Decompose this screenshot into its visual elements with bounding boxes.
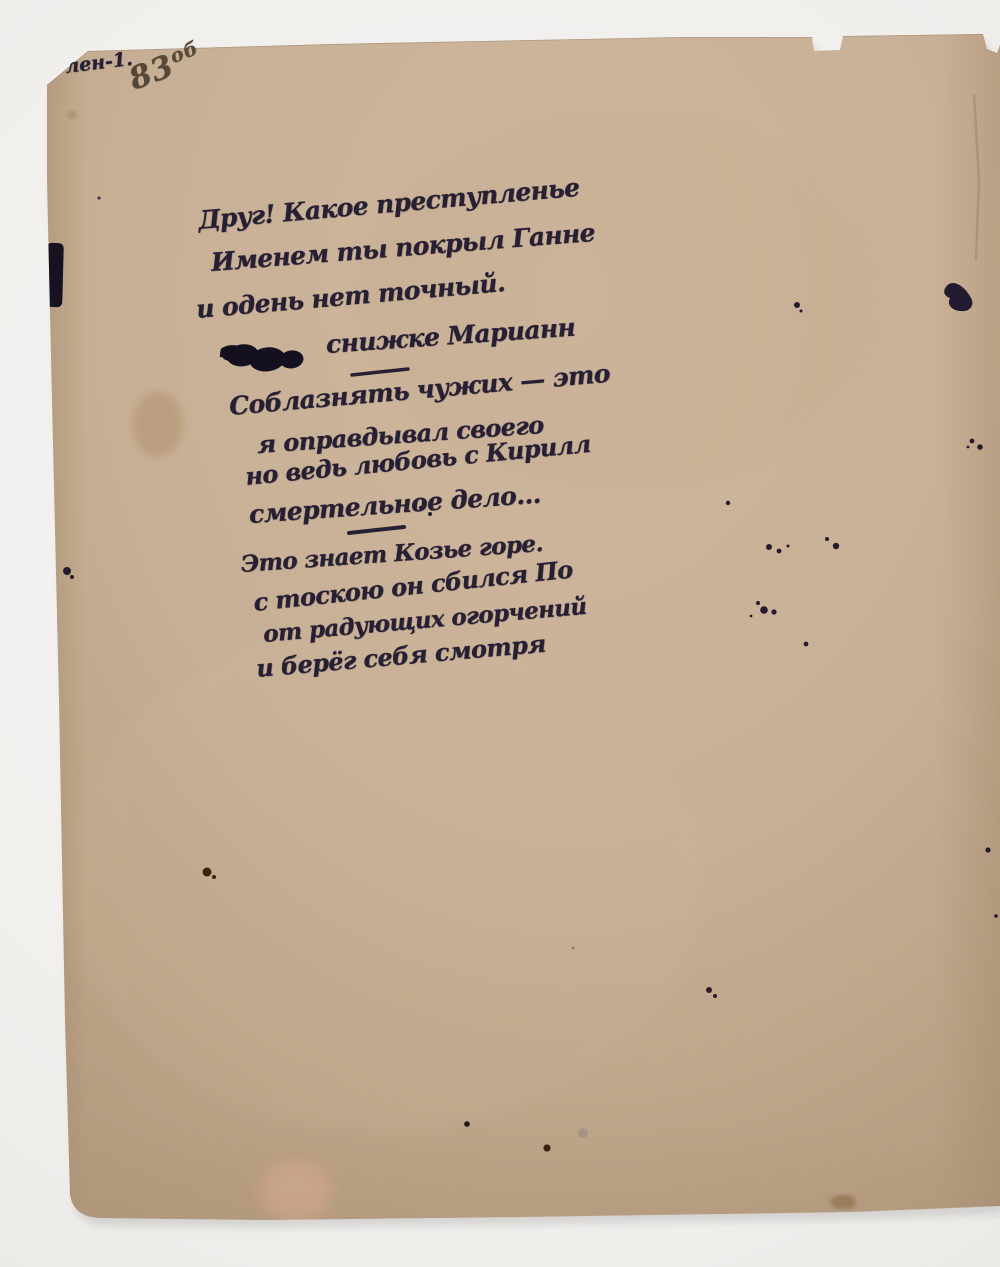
archival-mark: лен-1. xyxy=(64,48,134,78)
manuscript-line: и одень нет точный. xyxy=(195,268,506,324)
folio-number: 83об xyxy=(124,38,206,98)
manuscript-line: снижке Марианн xyxy=(325,313,576,359)
manuscript-line: Соблазнять чужих — это xyxy=(228,359,611,421)
manuscript-line: смертельное дело… xyxy=(248,480,541,529)
scanned-document-photo: лен-1. 83об Друг! Какое преступленье Име… xyxy=(0,0,1000,1267)
handwriting-layer: лен-1. 83об Друг! Какое преступленье Име… xyxy=(0,0,1000,1267)
